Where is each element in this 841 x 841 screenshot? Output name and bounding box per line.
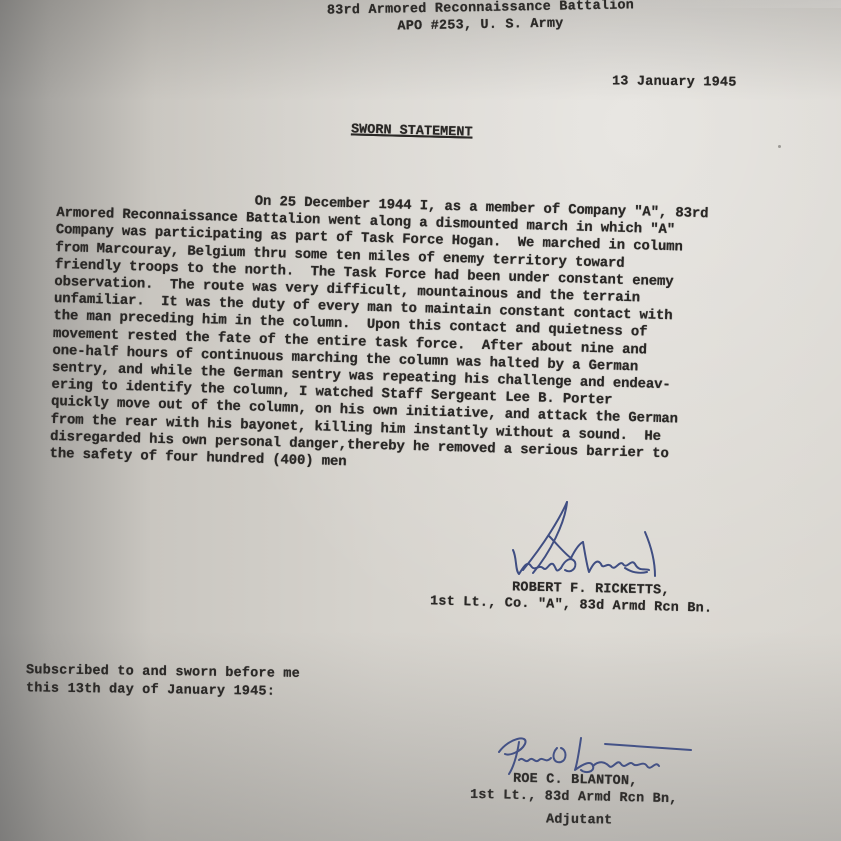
signature-ricketts bbox=[505, 498, 675, 588]
document-page: 83rd Armored Reconnaissance Battalion AP… bbox=[0, 0, 841, 841]
witness-name: ROE C. BLANTON, bbox=[513, 772, 638, 790]
witness-title: 1st Lt., 83d Armd Rcn Bn, bbox=[470, 788, 678, 807]
statement-body: On 25 December 1944 I, as a member of Co… bbox=[49, 188, 776, 483]
subscription-line-2: this 13th day of January 1945: bbox=[26, 681, 275, 699]
signatory-name: ROBERT F. RICKETTS, bbox=[512, 580, 670, 598]
document-title: SWORN STATEMENT bbox=[351, 122, 473, 140]
document-date: 13 January 1945 bbox=[612, 74, 737, 90]
subscription-line-1: Subscribed to and sworn before me bbox=[26, 663, 300, 682]
witness-role: Adjutant bbox=[546, 812, 613, 828]
signatory-title: 1st Lt., Co. "A", 83d Armd Rcn Bn. bbox=[430, 594, 713, 616]
paper-speck bbox=[778, 145, 781, 148]
